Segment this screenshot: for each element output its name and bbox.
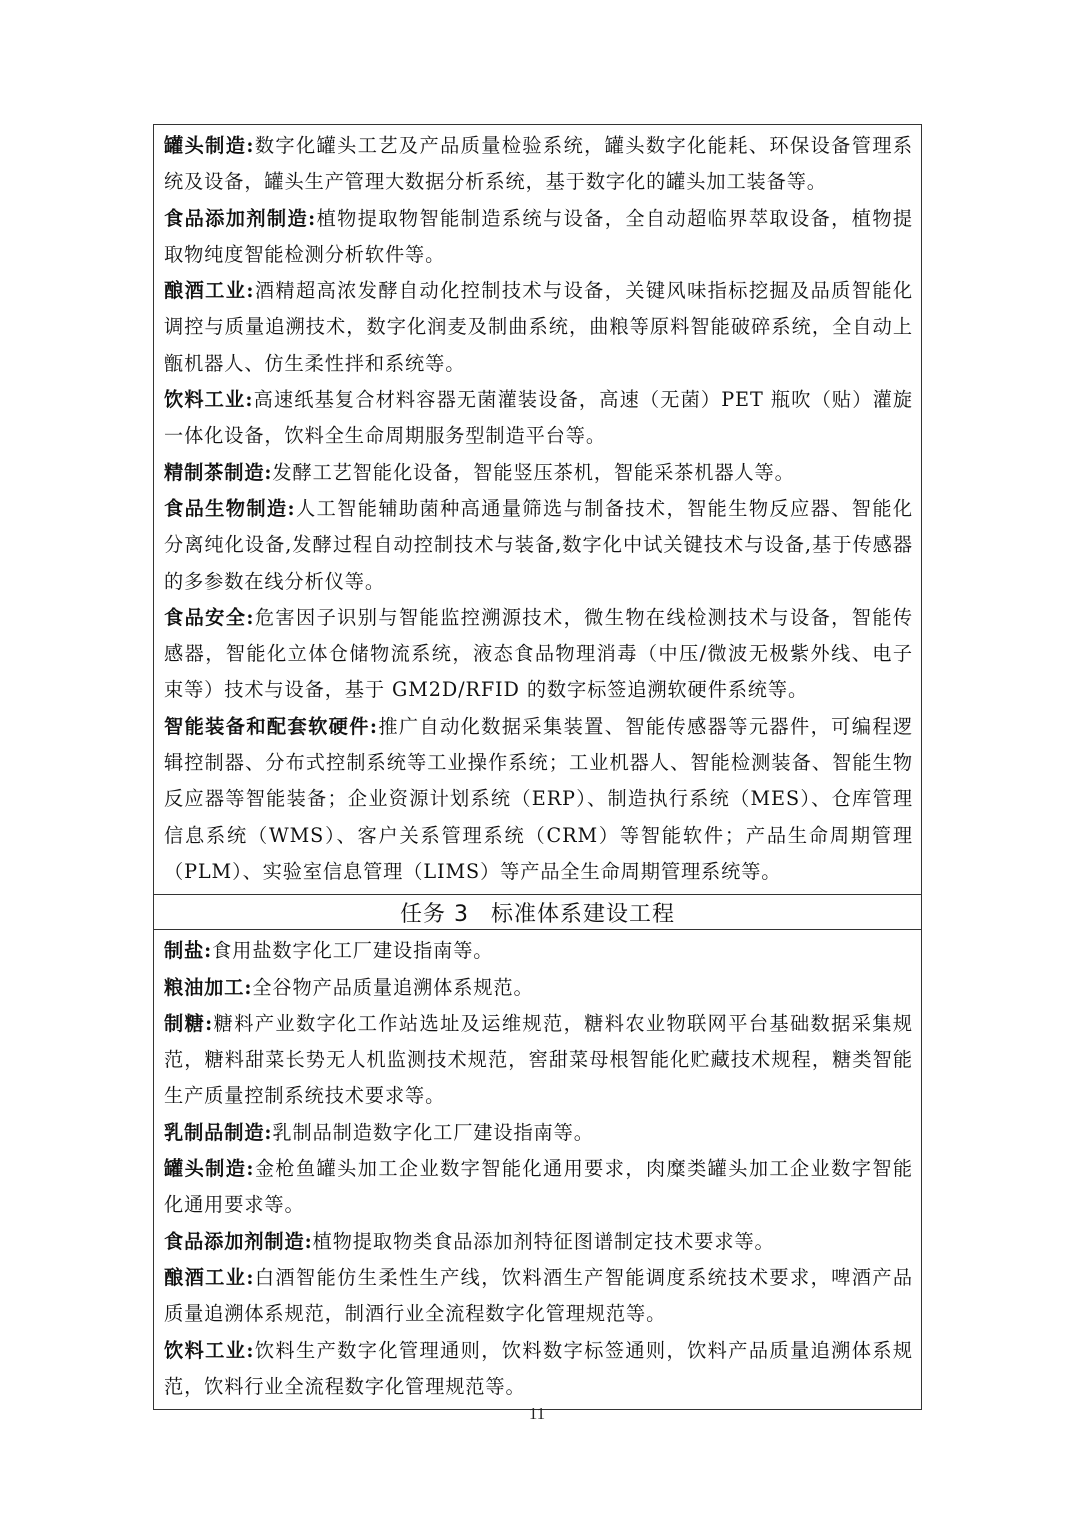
paragraph-refined-tea: 精制茶制造:发酵工艺智能化设备，智能竖压茶机，智能采茶机器人等。 (164, 455, 913, 491)
paragraph-beverage: 饮料工业:饮料生产数字化管理通则，饮料数字标签通则，饮料产品质量追溯体系规范，饮… (164, 1333, 913, 1406)
section-2-cell: 制盐:食用盐数字化工厂建设指南等。 粮油加工:全谷物产品质量追溯体系规范。 制糖… (154, 930, 921, 1409)
paragraph-canning: 罐头制造:数字化罐头工艺及产品质量检验系统，罐头数字化能耗、环保设备管理系统及设… (164, 128, 913, 201)
paragraph-text: 白酒智能仿生柔性生产线，饮料酒生产智能调度系统技术要求，啤酒产品质量追溯体系规范… (164, 1266, 913, 1325)
paragraph-canning: 罐头制造:金枪鱼罐头加工企业数字智能化通用要求，肉糜类罐头加工企业数字智能化通用… (164, 1151, 913, 1224)
paragraph-text: 全谷物产品质量追溯体系规范。 (252, 976, 533, 999)
paragraph-smart-equipment: 智能装备和配套软硬件:推广自动化数据采集装置、智能传感器等元器件，可编程逻辑控制… (164, 709, 913, 890)
paragraph-food-additives: 食品添加剂制造:植物提取物智能制造系统与设备，全自动超临界萃取设备，植物提取物纯… (164, 201, 913, 274)
paragraph-text: 数字化罐头工艺及产品质量检验系统，罐头数字化能耗、环保设备管理系统及设备，罐头生… (164, 134, 913, 193)
paragraph-label: 食品添加剂制造: (164, 1230, 313, 1253)
paragraph-food-additives: 食品添加剂制造:植物提取物类食品添加剂特征图谱制定技术要求等。 (164, 1224, 913, 1260)
paragraph-dairy: 乳制品制造:乳制品制造数字化工厂建设指南等。 (164, 1115, 913, 1151)
paragraph-label: 智能装备和配套软硬件: (164, 715, 378, 738)
paragraph-brewing: 酿酒工业:酒精超高浓发酵自动化控制技术与设备，关键风味指标挖掘及品质智能化调控与… (164, 273, 913, 382)
paragraph-label: 罐头制造: (164, 134, 254, 157)
paragraph-text: 危害因子识别与智能监控溯源技术，微生物在线检测技术与设备，智能传感器，智能化立体… (164, 606, 913, 702)
paragraph-label: 制糖: (164, 1012, 213, 1035)
paragraph-text: 糖料产业数字化工作站选址及运维规范，糖料农业物联网平台基础数据采集规范，糖料甜菜… (164, 1012, 913, 1108)
paragraph-text: 乳制品制造数字化工厂建设指南等。 (272, 1121, 593, 1144)
paragraph-label: 食品生物制造: (164, 497, 295, 520)
paragraph-food-biomanufacturing: 食品生物制造:人工智能辅助菌种高通量筛选与制备技术，智能生物反应器、智能化分离纯… (164, 491, 913, 600)
section-1-cell: 罐头制造:数字化罐头工艺及产品质量检验系统，罐头数字化能耗、环保设备管理系统及设… (154, 125, 921, 894)
paragraph-text: 发酵工艺智能化设备，智能竖压茶机，智能采茶机器人等。 (272, 461, 794, 484)
paragraph-sugar: 制糖:糖料产业数字化工作站选址及运维规范，糖料农业物联网平台基础数据采集规范，糖… (164, 1006, 913, 1115)
paragraph-label: 罐头制造: (164, 1157, 254, 1180)
section-header-task-3: 任务 3 标准体系建设工程 (154, 894, 921, 930)
paragraph-text: 推广自动化数据采集装置、智能传感器等元器件，可编程逻辑控制器、分布式控制系统等工… (164, 715, 913, 883)
paragraph-label: 酿酒工业: (164, 1266, 254, 1289)
paragraph-label: 食品安全: (164, 606, 254, 629)
task-title: 标准体系建设工程 (491, 897, 675, 928)
paragraph-text: 食用盐数字化工厂建设指南等。 (212, 939, 493, 962)
paragraph-grain-oil: 粮油加工:全谷物产品质量追溯体系规范。 (164, 970, 913, 1006)
page-number: 11 (0, 1404, 1074, 1424)
paragraph-text: 酒精超高浓发酵自动化控制技术与设备，关键风味指标挖掘及品质智能化调控与质量追溯技… (164, 279, 913, 375)
paragraph-label: 酿酒工业: (164, 279, 254, 302)
paragraph-brewing: 酿酒工业:白酒智能仿生柔性生产线，饮料酒生产智能调度系统技术要求，啤酒产品质量追… (164, 1260, 913, 1333)
paragraph-text: 饮料生产数字化管理通则，饮料数字标签通则，饮料产品质量追溯体系规范，饮料行业全流… (164, 1339, 913, 1398)
paragraph-label: 制盐: (164, 939, 212, 962)
paragraph-beverage: 饮料工业:高速纸基复合材料容器无菌灌装设备，高速（无菌）PET 瓶吹（贴）灌旋一… (164, 382, 913, 455)
paragraph-text: 金枪鱼罐头加工企业数字智能化通用要求，肉糜类罐头加工企业数字智能化通用要求等。 (164, 1157, 913, 1216)
task-label: 任务 3 (400, 897, 469, 928)
paragraph-label: 饮料工业: (164, 1339, 254, 1362)
paragraph-text: 高速纸基复合材料容器无菌灌装设备，高速（无菌）PET 瓶吹（贴）灌旋一体化设备，… (164, 388, 913, 447)
paragraph-label: 精制茶制造: (164, 461, 272, 484)
paragraph-label: 饮料工业: (164, 388, 253, 411)
content-table: 罐头制造:数字化罐头工艺及产品质量检验系统，罐头数字化能耗、环保设备管理系统及设… (153, 124, 922, 1410)
paragraph-food-safety: 食品安全:危害因子识别与智能监控溯源技术，微生物在线检测技术与设备，智能传感器，… (164, 600, 913, 709)
paragraph-text: 植物提取物类食品添加剂特征图谱制定技术要求等。 (313, 1230, 775, 1253)
paragraph-salt: 制盐:食用盐数字化工厂建设指南等。 (164, 933, 913, 969)
paragraph-label: 粮油加工: (164, 976, 252, 999)
paragraph-label: 乳制品制造: (164, 1121, 272, 1144)
paragraph-label: 食品添加剂制造: (164, 207, 316, 230)
